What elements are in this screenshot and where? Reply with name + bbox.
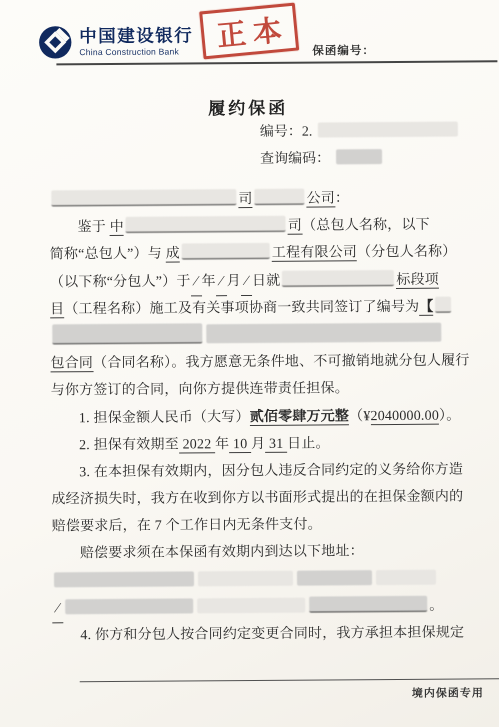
document-line: 与你方签订的合同，向你方提供连带责任担保。 (51, 375, 476, 405)
guarantee-number-label: 保函编号： (312, 42, 375, 58)
text-segment: 包合同 (50, 356, 93, 372)
text-segment: 日就 (252, 273, 281, 288)
text-segment: 贰佰零肆万元整 (250, 409, 350, 426)
document-body: 司公司：鉴于 中司（总包人名称，以下简称“总包人”）与 成工程有限公司（分包人名… (49, 184, 477, 649)
document-line (52, 565, 477, 595)
number-line: 编号：2. (260, 118, 460, 146)
text-segment: 司 (238, 192, 252, 208)
redaction-block (376, 569, 436, 584)
text-segment: （合同名称）。我方愿意无条件地、不可撤销地就分包人履行 (93, 354, 470, 372)
redaction-block (126, 216, 286, 233)
text-segment: （分包人名称） (357, 245, 457, 261)
text-segment: 31 (265, 436, 287, 452)
document-line: （以下称“分包人”）于∕年∕月∕日就标段项 (50, 266, 475, 296)
document-line (50, 320, 475, 350)
text-segment: 2022 (179, 437, 215, 453)
document-line: 目（工程名称）施工及有关事项协商一致共同签订了编号为【 (50, 293, 475, 323)
redaction-block (336, 149, 382, 164)
document-content: 中国建设银行 China Construction Bank 正本 保函编号： … (0, 0, 499, 727)
document-line: ∕。 (52, 592, 477, 622)
text-segment: （工程名称）施工及有关事项协商一致共同签订了编号为 (64, 300, 419, 317)
query-code-line: 查询编码： (260, 145, 460, 173)
text-segment: ∕ (52, 595, 63, 623)
redaction-block (254, 189, 304, 205)
text-segment: 10 (229, 437, 251, 453)
text-segment: 目 (50, 302, 64, 318)
document-line: 简称“总包人”）与 成工程有限公司（分包人名称） (50, 239, 475, 269)
text-segment: 司 (288, 219, 302, 235)
text-segment: 简称“总包人”）与 (50, 247, 166, 263)
text-segment: 鉴于 (78, 220, 110, 235)
text-segment: 3. 在本担保有效期内，因分包人违反合同约定的义务给你方造 (79, 462, 463, 480)
footer-label: 境内保函专用 (412, 684, 484, 701)
document-line: 赔偿要求须在本保函有效期内到达以下地址： (52, 538, 477, 568)
number-label: 编号： (260, 125, 302, 140)
text-segment: 【 (419, 299, 433, 315)
text-segment: （¥ (349, 409, 371, 424)
text-segment: ∕ (216, 268, 227, 296)
redaction-block (435, 296, 451, 312)
text-segment: 1. 担保金额人民币（大写） (79, 410, 250, 426)
text-segment: 赔偿要求后，在 7 个工作日内无条件支付。 (52, 518, 322, 535)
text-segment: 2. 担保有效期至 (79, 437, 179, 453)
redaction-block (51, 189, 236, 206)
text-segment: ： (335, 191, 349, 206)
redaction-block (318, 122, 458, 138)
text-segment: 2040000.00 (370, 408, 439, 424)
redaction-block (197, 597, 305, 613)
text-segment: 成 (166, 247, 180, 263)
redaction-block (65, 598, 193, 614)
redaction-block (198, 570, 293, 586)
document-line: 2. 担保有效期至 2022 年 10 月 31 日止。 (51, 429, 476, 459)
document-line: 3. 在本担保有效期内，因分包人违反合同约定的义务给你方造 (51, 456, 476, 486)
redaction-block (182, 243, 270, 260)
text-segment: ∕ (241, 268, 252, 296)
header-divider (56, 60, 497, 65)
text-segment: 成经济损失时，我方在收到你方以书面形式提出的在担保金额内的 (51, 490, 463, 508)
text-segment: （以下称“分包人”）于 (50, 274, 191, 290)
document-line: 1. 担保金额人民币（大写）贰佰零肆万元整（¥2040000.00）。 (51, 402, 476, 432)
redaction-block (297, 570, 372, 586)
original-copy-stamp: 正本 (199, 3, 299, 60)
document-line: 司公司： (49, 184, 474, 214)
text-segment: 月 (227, 274, 241, 289)
redaction-block (54, 571, 194, 587)
bank-name: 中国建设银行 China Construction Bank (79, 27, 193, 57)
number-value: 2. (302, 125, 313, 140)
document-line: 鉴于 中司（总包人名称，以下 (49, 212, 474, 242)
text-segment: 日止。 (287, 436, 330, 451)
text-segment: 工程有限公司 (272, 246, 357, 263)
document-page: 中国建设银行 China Construction Bank 正本 保函编号： … (0, 0, 499, 727)
bank-name-en: China Construction Bank (79, 46, 193, 57)
page-title: 履约保函 (0, 92, 498, 120)
footer-divider (80, 678, 499, 682)
text-segment: 中 (110, 220, 124, 236)
text-segment: 赔偿要求须在本保函有效期内到达以下地址： (80, 545, 364, 562)
text-segment: 公司 (307, 191, 336, 207)
query-code-label: 查询编码： (260, 151, 330, 166)
text-segment: ）。 (439, 408, 461, 423)
document-line: 4. 你方和分包人按合同约定变更合同时，我方承担本担保规定 (52, 619, 477, 649)
text-segment: 标段项 (396, 272, 439, 288)
bank-logo: 中国建设银行 China Construction Bank (38, 24, 193, 59)
redaction-block (309, 596, 427, 613)
text-segment: ∕ (190, 268, 201, 296)
text-segment: 4. 你方和分包人按合同约定变更合同时，我方承担本担保规定 (80, 626, 464, 644)
text-segment: 年 (202, 274, 216, 289)
redaction-block (282, 270, 394, 287)
document-line: 赔偿要求后，在 7 个工作日内无条件支付。 (52, 511, 477, 541)
text-segment: 月 (251, 437, 265, 452)
document-line: 成经济损失时，我方在收到你方以书面形式提出的在担保金额内的 (51, 483, 476, 513)
redaction-block (206, 323, 441, 344)
text-segment: 。 (429, 598, 443, 613)
bank-name-cn: 中国建设银行 (79, 27, 193, 46)
text-segment: 与你方签订的合同，向你方提供连带责任担保。 (51, 382, 349, 399)
redaction-block (52, 323, 202, 344)
document-meta: 编号：2. 查询编码： (260, 118, 460, 173)
ccb-logo-icon (38, 25, 72, 59)
document-line: 包合同（合同名称）。我方愿意无条件地、不可撤销地就分包人履行 (50, 348, 475, 378)
text-segment: 年 (215, 437, 229, 452)
text-segment: （总包人名称，以下 (302, 218, 430, 234)
